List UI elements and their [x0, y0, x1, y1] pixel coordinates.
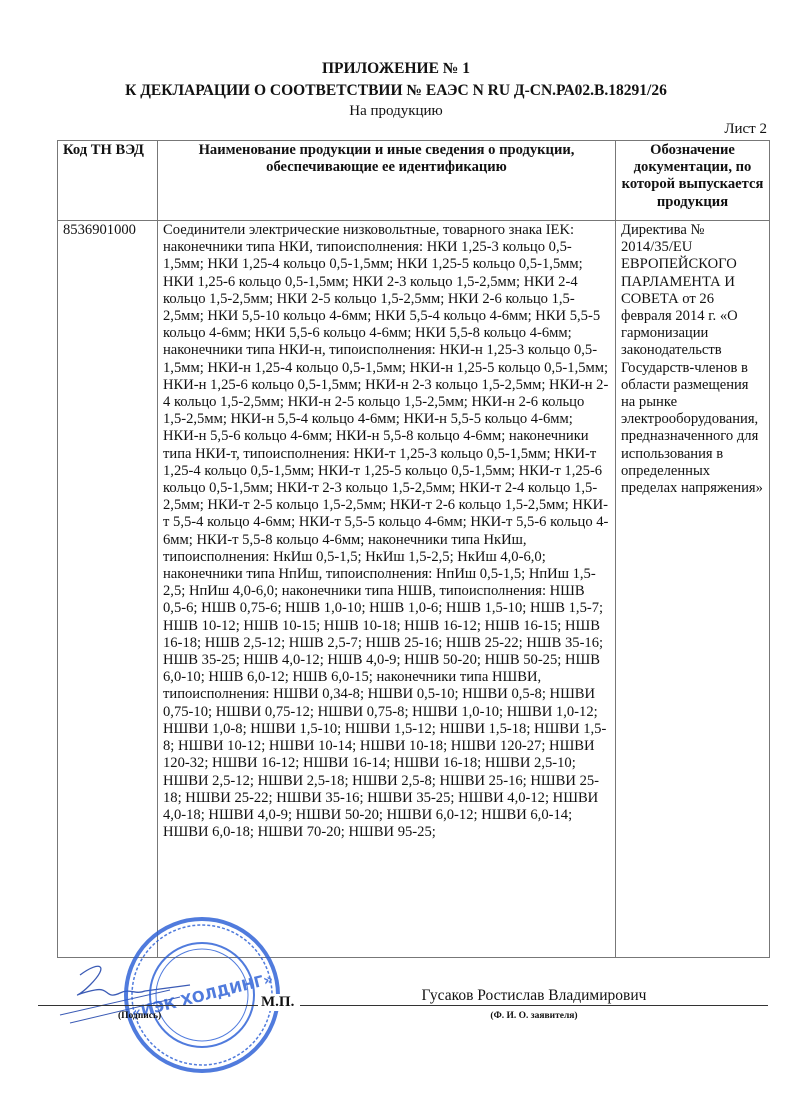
header-code: Код ТН ВЭД — [58, 141, 158, 221]
declaration-number: К ДЕКЛАРАЦИИ О СООТВЕТСТВИИ № ЕАЭС N RU … — [0, 82, 792, 100]
signature-line — [38, 1005, 278, 1006]
sheet-number: Лист 2 — [724, 121, 767, 138]
table-header-row: Код ТН ВЭД Наименование продукции и иные… — [58, 141, 770, 221]
cell-code: 8536901000 — [58, 221, 158, 958]
applicant-name: Гусаков Ростислав Владимирович — [300, 987, 768, 1005]
appendix-title: ПРИЛОЖЕНИЕ № 1 — [0, 60, 792, 78]
cell-description: Соединители электрические низковольтные,… — [158, 221, 616, 958]
subtitle: На продукцию — [0, 103, 792, 120]
header-documentation: Обозначение документации, по которой вып… — [616, 141, 770, 221]
cell-documentation: Директива № 2014/35/EU ЕВРОПЕЙСКОГО ПАРЛ… — [616, 221, 770, 958]
name-line — [300, 1005, 768, 1006]
header-description: Наименование продукции и иные сведения о… — [158, 141, 616, 221]
product-table: Код ТН ВЭД Наименование продукции и иные… — [57, 140, 770, 958]
signature-caption: (Подпись) — [118, 1011, 161, 1021]
seal-mark: М.П. — [258, 994, 297, 1011]
applicant-caption: (Ф. И. О. заявителя) — [300, 1011, 768, 1021]
table-row: 8536901000 Соединители электрические низ… — [58, 221, 770, 958]
